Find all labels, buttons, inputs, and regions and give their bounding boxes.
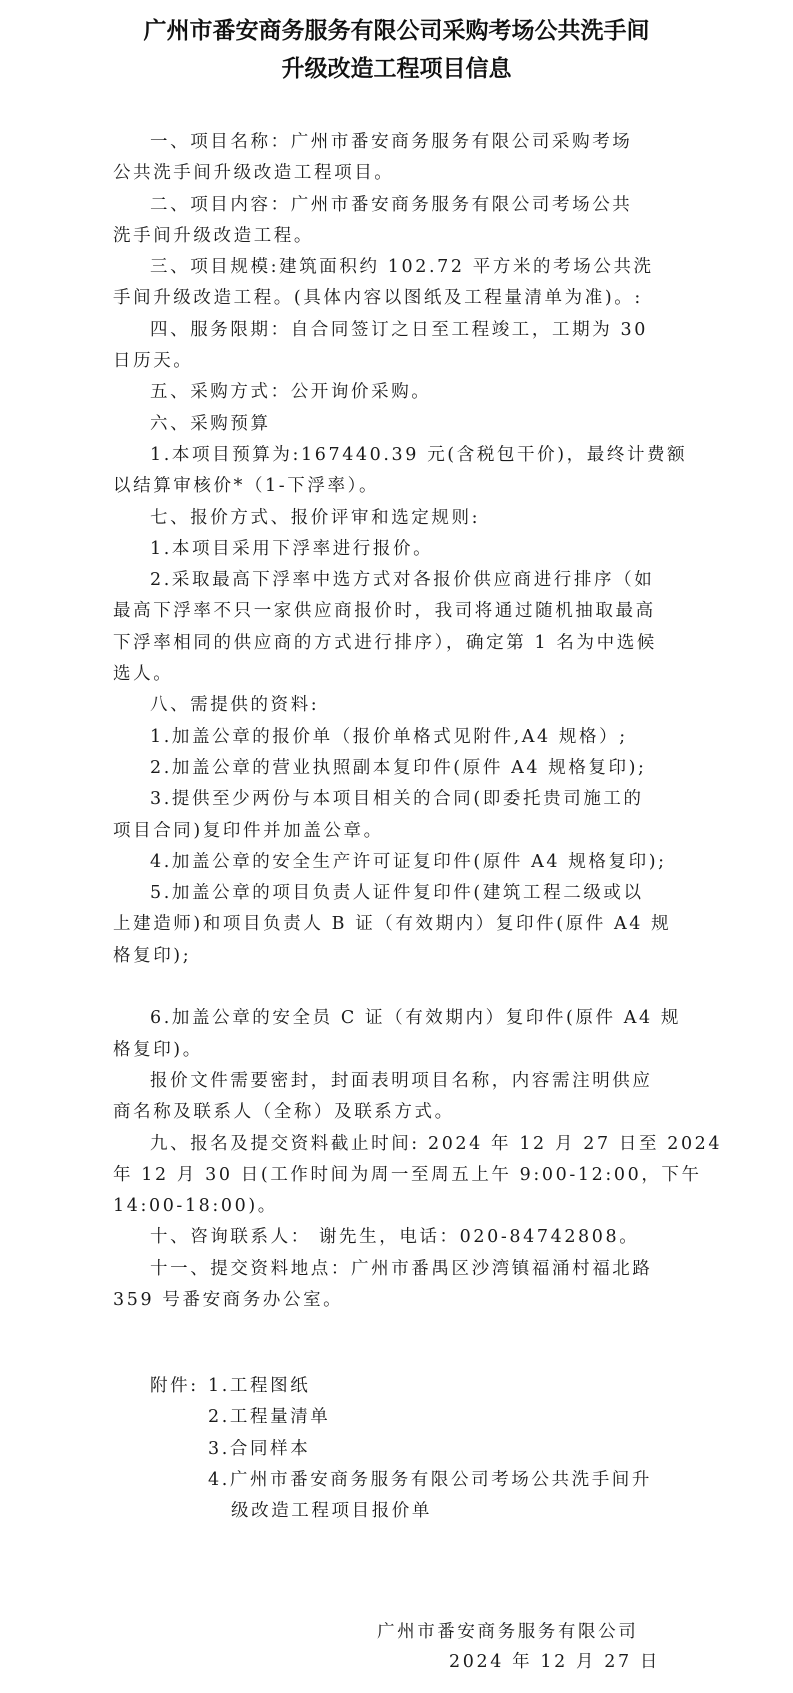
paragraph-line: 1.本项目采用下浮率进行报价。 [113, 534, 675, 565]
attachment-item-continuation: 级改造工程项目报价单 [150, 1496, 652, 1527]
attachments-label: 附件: [150, 1371, 208, 1402]
paragraph-line: 6.加盖公章的安全员 C 证（有效期内）复印件(原件 A4 规 [113, 1003, 675, 1034]
document-title-line-2: 升级改造工程项目信息 [0, 50, 793, 83]
paragraph-line: 以结算审核价*（1-下浮率）。 [113, 471, 675, 502]
paragraph-line: 一、项目名称：广州市番安商务服务有限公司采购考场 [113, 127, 675, 158]
paragraph-line: 上建造师)和项目负责人 B 证（有效期内）复印件(原件 A4 规 [113, 909, 675, 940]
paragraph-line: 1.本项目预算为:167440.39 元(含税包干价)，最终计费额 [113, 440, 675, 471]
attachment-item-text: 1.工程图纸 [208, 1376, 310, 1396]
paragraph-line: 手间升级改造工程。(具体内容以图纸及工程量清单为准)。: [113, 283, 675, 314]
paragraph-line: 八、需提供的资料: [113, 690, 675, 721]
paragraph-line: 七、报价方式、报价评审和选定规则: [113, 503, 675, 534]
paragraph-line: 日历天。 [113, 346, 675, 377]
paragraph-line: 格复印)。 [113, 1035, 675, 1066]
paragraph-line: 5.加盖公章的项目负责人证件复印件(建筑工程二级或以 [113, 878, 675, 909]
paragraph-line: 报价文件需要密封，封面表明项目名称，内容需注明供应 [113, 1066, 675, 1097]
paragraph-line: 九、报名及提交资料截止时间: 2024 年 12 月 27 日至 2024 [113, 1129, 675, 1160]
document-title-line-1: 广州市番安商务服务有限公司采购考场公共洗手间 [0, 12, 793, 45]
paragraph-line: 商名称及联系人（全称）及联系方式。 [113, 1097, 675, 1128]
paragraph-line: 4.加盖公章的安全生产许可证复印件(原件 A4 规格复印); [113, 847, 675, 878]
paragraph-line: 1.加盖公章的报价单（报价单格式见附件,A4 规格）; [113, 722, 675, 753]
attachment-item: 4.广州市番安商务服务有限公司考场公共洗手间升 [150, 1465, 652, 1496]
paragraph-line: 五、采购方式：公开询价采购。 [113, 377, 675, 408]
paragraph-line: 十一、提交资料地点：广州市番禺区沙湾镇福涌村福北路 [113, 1254, 675, 1285]
paragraph-line: 选人。 [113, 659, 675, 690]
paragraph-line: 14:00-18:00)。 [113, 1191, 675, 1222]
paragraph-line: 2.采取最高下浮率中选方式对各报价供应商进行排序（如 [113, 565, 675, 596]
paragraph-line: 项目合同)复印件并加盖公章。 [113, 816, 675, 847]
paragraph-line: 二、项目内容：广州市番安商务服务有限公司考场公共 [113, 190, 675, 221]
paragraph-line: 四、服务限期：自合同签订之日至工程竣工，工期为 30 [113, 315, 675, 346]
paragraph-line: 三、项目规模:建筑面积约 102.72 平方米的考场公共洗 [113, 252, 675, 283]
paragraph-line: 2.加盖公章的营业执照副本复印件(原件 A4 规格复印); [113, 753, 675, 784]
attachment-item: 2.工程量清单 [150, 1402, 652, 1433]
paragraph-line: 十、咨询联系人： 谢先生，电话：020-84742808。 [113, 1222, 675, 1253]
paragraph-line: 洗手间升级改造工程。 [113, 221, 675, 252]
paragraph-line: 3.提供至少两份与本项目相关的合同(即委托贵司施工的 [113, 784, 675, 815]
paragraph-line: 年 12 月 30 日(工作时间为周一至周五上午 9:00-12:00，下午 [113, 1160, 675, 1191]
paragraph-line: 359 号番安商务办公室。 [113, 1285, 675, 1316]
paragraph-line: 最高下浮率不只一家供应商报价时，我司将通过随机抽取最高 [113, 596, 675, 627]
paragraph-line: 格复印); [113, 941, 675, 972]
signature-company: 广州市番安商务服务有限公司 [377, 1618, 638, 1643]
attachments-section: 附件:1.工程图纸 2.工程量清单 3.合同样本 4.广州市番安商务服务有限公司… [150, 1371, 652, 1527]
document-body: 一、项目名称：广州市番安商务服务有限公司采购考场公共洗手间升级改造工程项目。二、… [113, 127, 675, 1316]
paragraph-line: 下浮率相同的供应商的方式进行排序），确定第 1 名为中选候 [113, 628, 675, 659]
paragraph-line: 六、采购预算 [113, 409, 675, 440]
attachment-item: 3.合同样本 [150, 1434, 652, 1465]
paragraph-line: 公共洗手间升级改造工程项目。 [113, 158, 675, 189]
attachment-item: 附件:1.工程图纸 [150, 1371, 652, 1402]
blank-line [113, 972, 675, 1003]
signature-date: 2024 年 12 月 27 日 [449, 1648, 660, 1673]
